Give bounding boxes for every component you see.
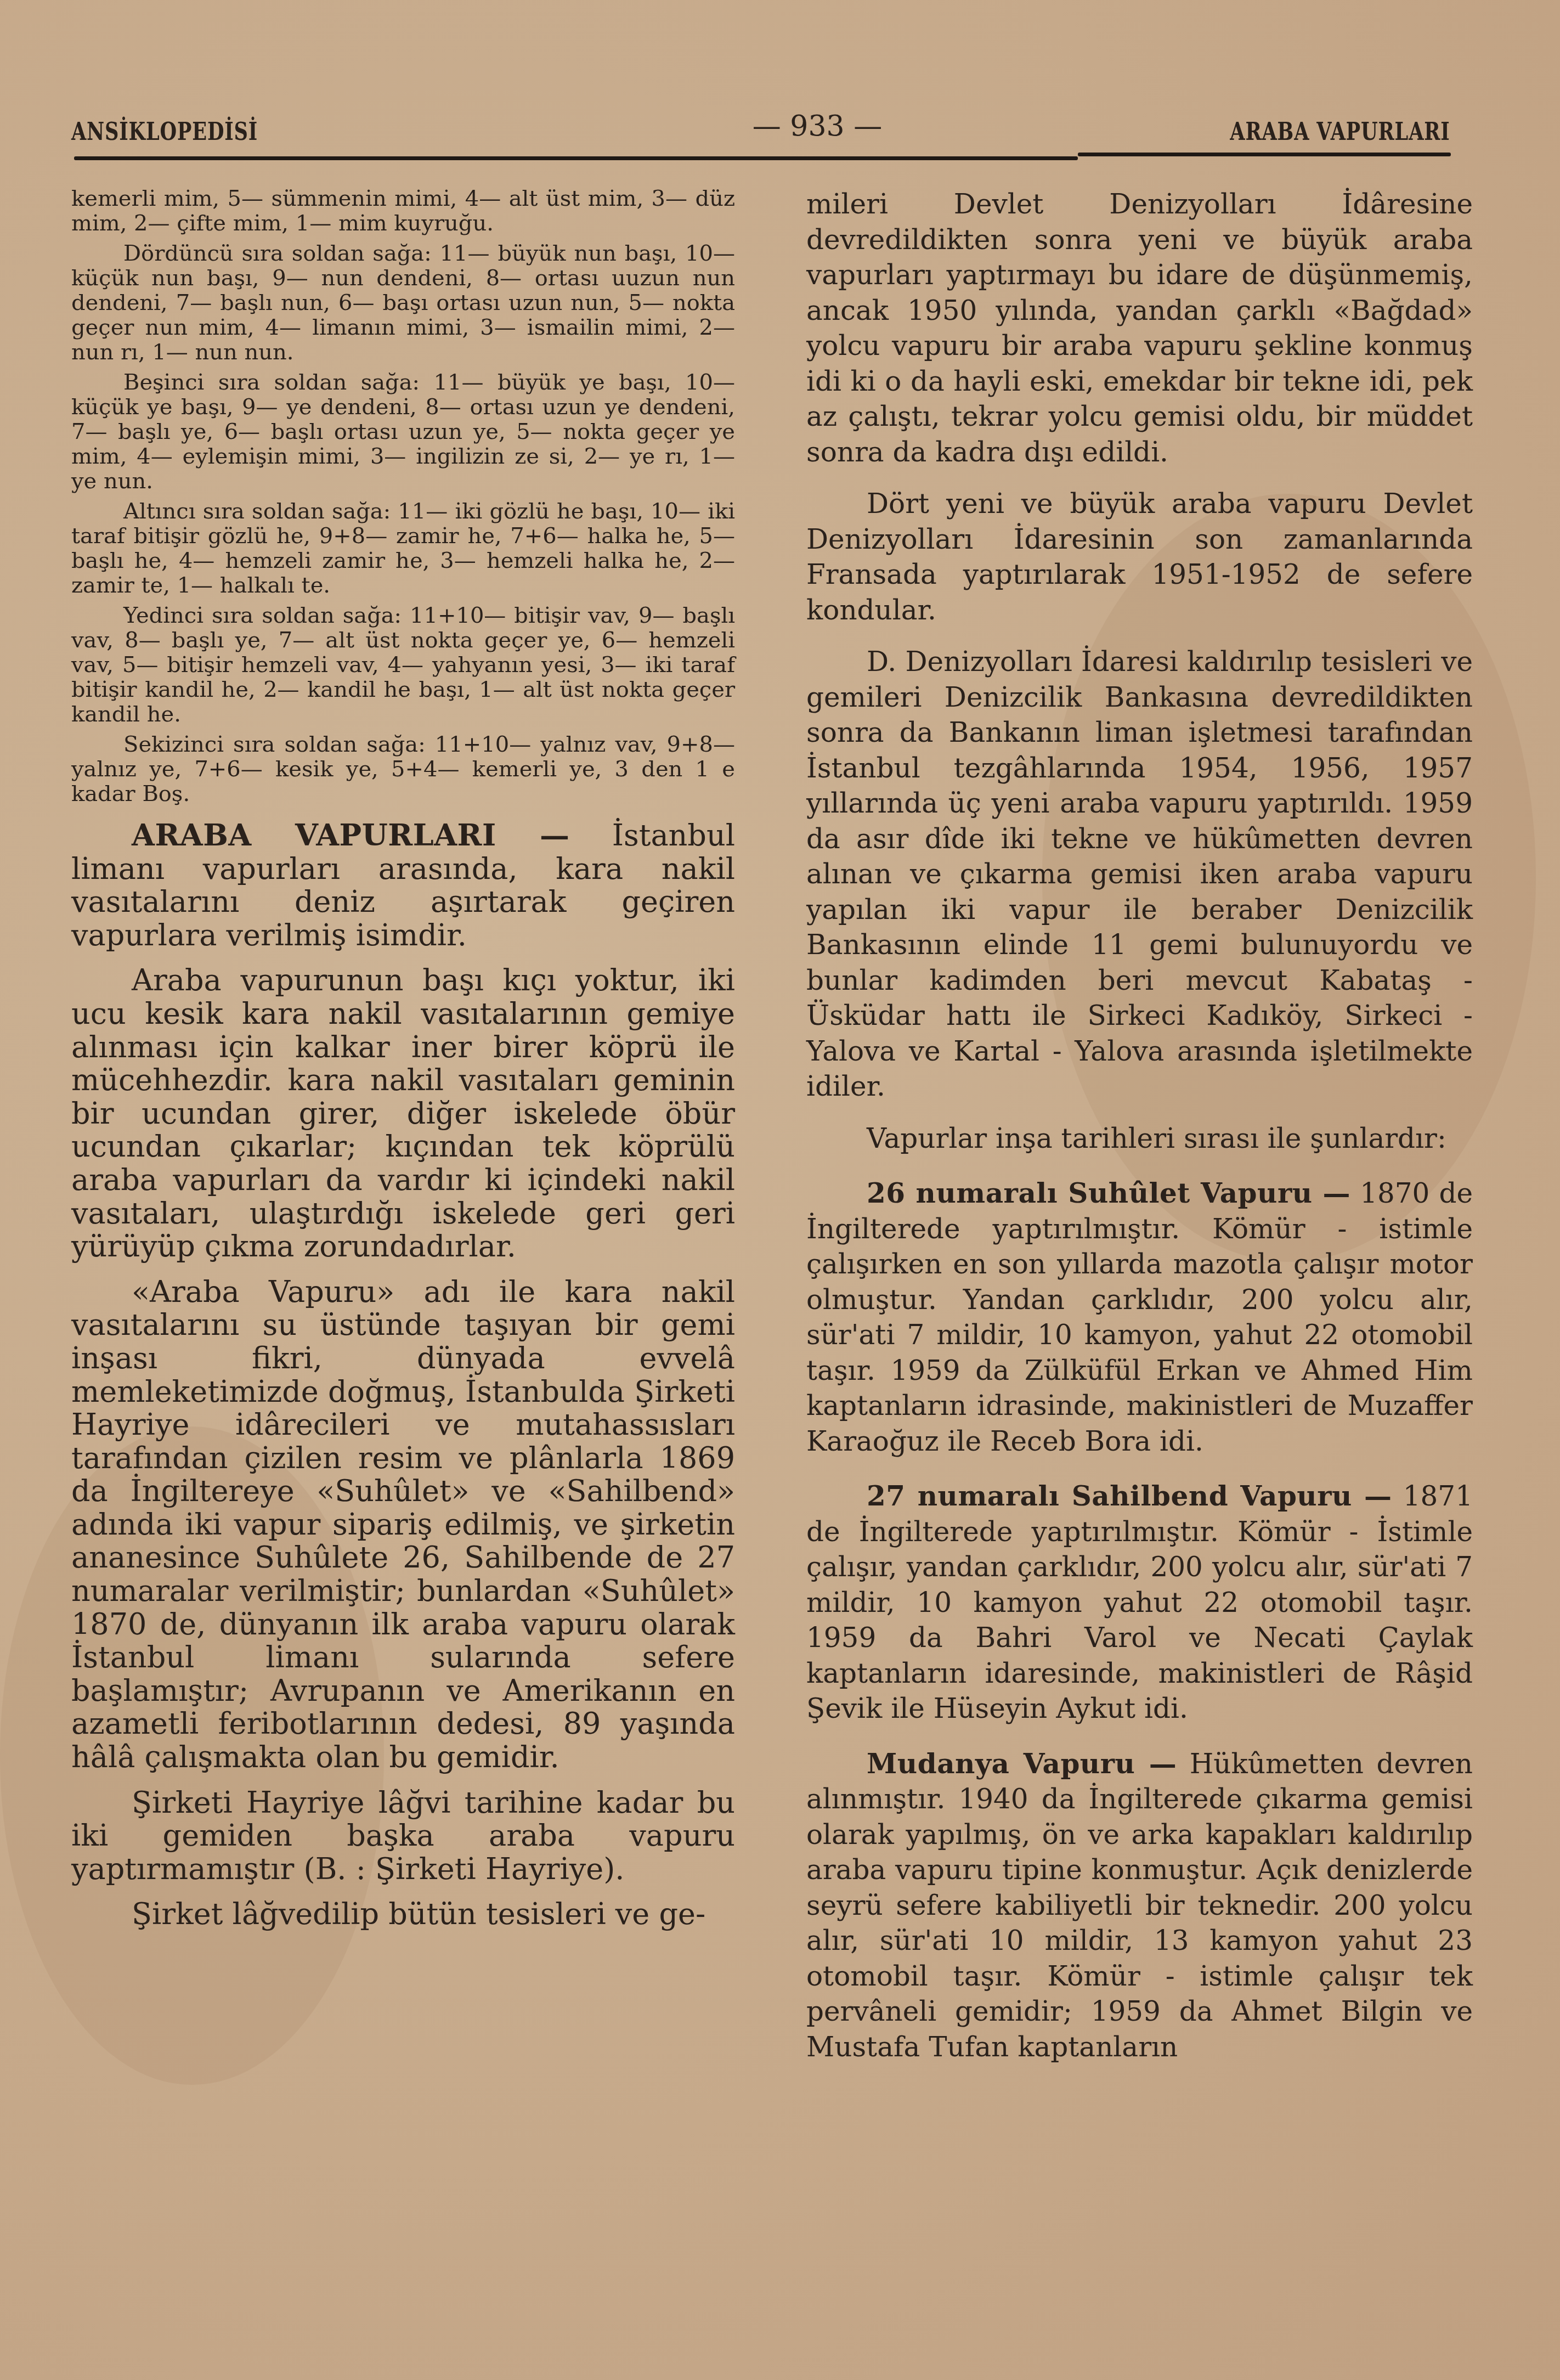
ship-description: 1871 de İngilterede yaptırılmıştır. Kömü…: [806, 1480, 1473, 1724]
paragraph: kemerli mim, 5— sümmenin mimi, 4— alt üs…: [71, 187, 735, 236]
header-entry-title: ARABA VAPURLARI: [1230, 118, 1450, 146]
paragraph: Şirket lâğvedilip bütün tesisleri ve ge-: [71, 1898, 735, 1931]
page-header: ANSİKLOPEDİSİ — 933 — ARABA VAPURLARI: [71, 107, 1450, 151]
ship-description: Hükûmetten devren alınmıştır. 1940 da İn…: [806, 1748, 1473, 2063]
paragraph: Şirketi Hayriye lâğvi tarihine kadar bu …: [71, 1786, 735, 1886]
page-number: — 933 —: [697, 110, 938, 143]
ship-description: 1870 de İngilterede yaptırılmıştır. Kömü…: [806, 1177, 1473, 1457]
ship-entry: 26 numaralı Suhûlet Vapuru — 1870 de İng…: [806, 1176, 1473, 1459]
entry-title: ARABA VAPURLARI —: [132, 817, 569, 853]
paragraph: Araba vapurunun başı kıçı yoktur, iki uc…: [71, 964, 735, 1263]
paragraph: Sekizinci sıra soldan sağa: 11+10— yalnı…: [71, 732, 735, 807]
encyclopedia-page: ANSİKLOPEDİSİ — 933 — ARABA VAPURLARI ke…: [0, 0, 1560, 2380]
ship-title: 27 numaralı Sahilbend Vapuru —: [867, 1480, 1392, 1512]
paragraph: «Araba Vapuru» adı ile kara nakil vasıta…: [71, 1276, 735, 1774]
ship-entry: 27 numaralı Sahilbend Vapuru — 1871 de İ…: [806, 1479, 1473, 1727]
paragraph: Dört yeni ve büyük araba vapuru Devlet D…: [806, 486, 1473, 628]
paragraph: D. Denizyolları İdaresi kaldırılıp tesis…: [806, 644, 1473, 1104]
paragraph: Dördüncü sıra soldan sağa: 11— büyük nun…: [71, 241, 735, 365]
header-rule: [1078, 153, 1451, 156]
paragraph: mileri Devlet Denizyolları İdâresine dev…: [806, 187, 1473, 470]
paragraph: Yedinci sıra soldan sağa: 11+10— bitişir…: [71, 604, 735, 727]
header-book-title: ANSİKLOPEDİSİ: [71, 118, 258, 146]
paragraph: Beşinci sıra soldan sağa: 11— büyük ye b…: [71, 370, 735, 494]
entry-heading-paragraph: ARABA VAPURLARI — İstanbul limanı vapurl…: [71, 819, 735, 952]
paragraph: Altıncı sıra soldan sağa: 11— iki gözlü …: [71, 499, 735, 598]
left-column: kemerli mim, 5— sümmenin mimi, 4— alt üs…: [71, 187, 735, 1931]
ship-title: 26 numaralı Suhûlet Vapuru —: [867, 1177, 1350, 1209]
ship-title: Mudanya Vapuru —: [867, 1747, 1177, 1780]
header-rule: [74, 156, 1078, 160]
paragraph: Vapurlar inşa tarihleri sırası ile şunla…: [806, 1121, 1473, 1157]
right-column: mileri Devlet Denizyolları İdâresine dev…: [806, 187, 1473, 2065]
ship-entry: Mudanya Vapuru — Hükûmetten devren alınm…: [806, 1746, 1473, 2065]
